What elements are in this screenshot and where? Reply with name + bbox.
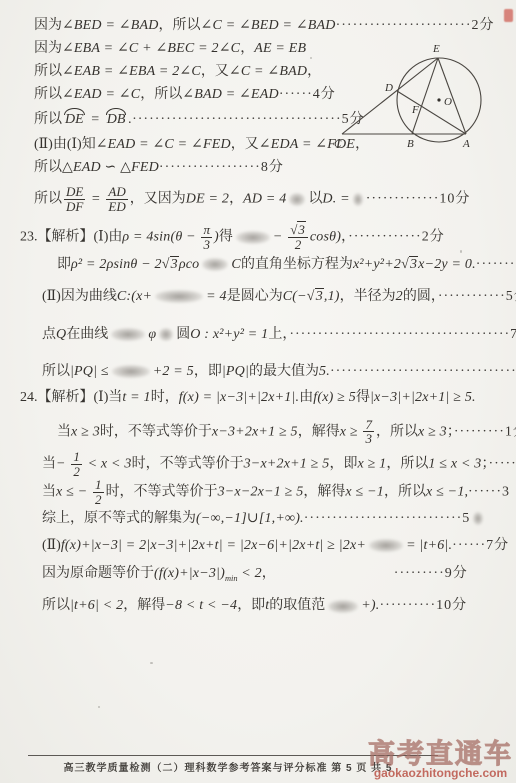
math: |PQ| <box>222 364 249 379</box>
text: ，半径为 <box>340 289 396 304</box>
answer-line: 当x ≥ 3时，不等式等价于x−3+2x+1 ≥ 5，解得x ≥ 73，所以x … <box>57 418 516 446</box>
text: 的圆， <box>403 289 438 304</box>
answer-line: (Ⅱ)f(x)+|x−3| = 2|x−3|+|2x+t| = |2x−6|+|… <box>42 534 516 557</box>
label-E: E <box>432 43 440 55</box>
math: ρco <box>179 257 200 272</box>
math: |PQ| ≤ <box>70 364 109 379</box>
text: 所以 <box>34 64 62 79</box>
score-dots: ·······································7… <box>289 327 516 342</box>
text: ，所以 <box>140 87 182 102</box>
score-dots: ····························5 <box>304 511 471 526</box>
score-dots: ······7分 <box>452 538 509 553</box>
math: ρ = 4sin(θ − <box>122 230 199 245</box>
text: 时，不等式等价于 <box>106 485 218 500</box>
score-dots: ·········1分 <box>454 424 516 439</box>
text: 时， <box>151 390 179 405</box>
text: 所以 <box>34 160 62 175</box>
answer-line: 当− 12 < x < 3时，不等式等价于3−x+2x+1 ≥ 5，即x ≥ 1… <box>42 450 516 478</box>
text: ，又 <box>231 137 259 152</box>
red-stamp-fragment <box>504 9 513 22</box>
text: 上， <box>268 327 289 342</box>
label-B: B <box>407 138 414 150</box>
label-C: C <box>334 138 342 150</box>
circle-figure: E D F O C B A <box>330 38 506 160</box>
text: 24.【解析】(Ⅰ)当 <box>20 390 122 405</box>
answer-line: 点Q在曲线φ圆O : x²+y² = 1上，··················… <box>42 323 516 346</box>
text: ，所以 <box>159 18 201 33</box>
math: 1 ≤ x < 3 <box>428 457 481 472</box>
answer-line: 所以DEDF = ADED，又因为DE = 2，AD = 4以D. =·····… <box>34 185 516 213</box>
math: x²+y²+2 <box>353 257 401 272</box>
smudge <box>155 290 203 303</box>
text: ，即 <box>329 457 357 472</box>
math: x ≥ 3 <box>418 424 447 439</box>
score-dots: ······3 <box>468 485 510 500</box>
smudge <box>159 328 173 341</box>
arc-over: DB <box>107 112 126 127</box>
math: − <box>273 230 286 245</box>
score-dots: ·············10分 <box>366 192 471 207</box>
math: f(x) ≥ 5 <box>313 390 356 405</box>
text: 即 <box>57 257 71 272</box>
fraction: 73 <box>363 418 374 446</box>
math: x ≤ −1 <box>426 485 465 500</box>
text: 所以 <box>42 598 70 613</box>
math: ∠BAD = ∠EAD <box>182 87 279 102</box>
text: ，解得 <box>298 424 340 439</box>
score-dots: ·········2分 <box>489 457 516 472</box>
math: < x < 3 <box>84 457 132 472</box>
text: 由 <box>299 390 313 405</box>
math: < 2 <box>238 566 262 581</box>
math: (−∞,−1]∪[1,+∞). <box>196 511 304 526</box>
math: ρ² = 2ρsinθ − 2 <box>71 257 162 272</box>
fraction: 12 <box>71 450 82 478</box>
line-EA <box>438 58 466 134</box>
label-A: A <box>462 138 470 150</box>
watermark-title: 高考直通车 <box>368 740 513 768</box>
math: ∠EBA = ∠C + ∠BEC = 2∠C <box>62 41 240 56</box>
math: x−3+2x+1 ≥ 5 <box>212 424 298 439</box>
math: x ≥ <box>340 424 362 439</box>
text: 所以 <box>34 192 62 207</box>
fraction: DEDF <box>64 185 85 213</box>
watermark-domain: gaokaozhitongche.com <box>368 767 513 780</box>
text: 在曲线 <box>66 327 108 342</box>
text: 当 <box>42 457 56 472</box>
answer-line: 当x ≤ − 12时，不等式等价于3−x−2x−1 ≥ 5，解得x ≤ −1，所… <box>42 478 516 506</box>
math: Q <box>56 327 66 342</box>
score-dots: ························2分 <box>336 18 495 33</box>
math: C(− <box>283 289 307 304</box>
math: ∠BED = ∠BAD <box>62 18 159 33</box>
sqrt: √3 <box>401 256 418 272</box>
math: x−2y = 0. <box>418 257 476 272</box>
math: ∠EAD = ∠C = ∠FED <box>96 137 231 152</box>
text: ，即 <box>194 364 222 379</box>
fraction: ADED <box>106 185 127 213</box>
math: △EAD ∽ △FED <box>62 160 159 175</box>
text: ， <box>229 192 243 207</box>
sqrt: √3 <box>307 288 324 304</box>
paper-speck <box>310 57 312 59</box>
math: (f(x)+|x−3|) <box>154 566 225 581</box>
math: C:(x+ <box>117 289 152 304</box>
answer-line: 因为∠BED = ∠BAD，所以∠C = ∠BED = ∠BAD········… <box>34 14 516 37</box>
geometry-diagram: E D F O C B A <box>330 38 506 160</box>
text: 时，不等式等价于 <box>132 457 244 472</box>
text: 得 <box>219 230 233 245</box>
text: ，所以 <box>386 457 428 472</box>
math: 3−x−2x−1 ≥ 5 <box>218 485 304 500</box>
math: = <box>87 192 104 207</box>
smudge <box>473 512 483 525</box>
math: −8 < t < −4 <box>165 598 237 613</box>
text: 的最大值为 <box>249 364 319 379</box>
text: ，所以 <box>384 485 426 500</box>
math: +). <box>361 598 379 613</box>
smudge <box>236 231 270 244</box>
math: |x−3|+|2x+1| ≥ 5. <box>370 390 476 405</box>
text: 时，不等式等价于 <box>100 424 212 439</box>
text: ，又 <box>201 64 229 79</box>
smudge <box>112 365 150 378</box>
math: x ≤ −1 <box>345 485 384 500</box>
math: ∠EAD = ∠C <box>62 87 140 102</box>
text: 所以 <box>34 112 62 127</box>
text: ，所以 <box>376 424 418 439</box>
math: x ≥ 1 <box>357 457 386 472</box>
math: = <box>87 112 104 127</box>
text: 圆 <box>176 327 190 342</box>
math: − <box>56 457 69 472</box>
paper-speck <box>460 250 462 253</box>
math: |t+6| < 2 <box>70 598 123 613</box>
math: = |t+6|. <box>406 538 452 553</box>
paper-speck <box>150 662 153 664</box>
math: AD = 4 <box>243 192 286 207</box>
text: 当 <box>42 485 56 500</box>
score-dots: ········································… <box>330 364 516 379</box>
text: 是圆心为 <box>227 289 283 304</box>
math: ∠EAB = ∠EBA = 2∠C <box>62 64 201 79</box>
text: 点 <box>42 327 56 342</box>
fraction-sqrt: √32 <box>288 223 308 251</box>
smudge <box>289 193 305 206</box>
smudge <box>353 193 363 206</box>
score-dots: ······4分 <box>279 87 336 102</box>
text: ； <box>482 457 489 472</box>
text: ，即 <box>237 598 265 613</box>
text: ，解得 <box>303 485 345 500</box>
math: f(x) = |x−3|+|2x+1|. <box>179 390 300 405</box>
math: x ≥ 3 <box>71 424 100 439</box>
text: 23.【解析】(Ⅰ)由 <box>20 230 122 245</box>
math: O : x²+y² = 1 <box>190 327 268 342</box>
math: cosθ) <box>310 230 341 245</box>
line-CE <box>342 58 438 134</box>
text: ， <box>262 566 276 581</box>
math: ∠C = ∠BAD <box>229 64 307 79</box>
text: (Ⅱ)因为曲线 <box>42 289 117 304</box>
score-dots: ·············2分 <box>348 230 445 245</box>
score-dots: ·········9分 <box>394 566 468 581</box>
math: x ≤ − <box>56 485 91 500</box>
line-EB <box>412 58 438 134</box>
score-dots: ··········10分 <box>380 598 468 613</box>
subscript: min <box>225 573 238 582</box>
text: (Ⅱ)由(Ⅰ)知 <box>34 137 96 152</box>
text: 综上，原不等式的解集为 <box>42 511 196 526</box>
text: ； <box>447 424 454 439</box>
fraction: 12 <box>93 478 104 506</box>
fraction: π3 <box>201 223 212 251</box>
score-dots: ··················8分 <box>159 160 284 175</box>
math: t = 1 <box>122 390 150 405</box>
arc-over: DE <box>65 112 84 127</box>
text: 的直角坐标方程为 <box>241 257 353 272</box>
text: (Ⅱ) <box>42 538 61 553</box>
scanned-exam-page: { "page": { "footer": "高三教学质量检测（二）理科数学参考… <box>0 0 516 783</box>
score-dots: ·········4分 <box>476 257 516 272</box>
text: 因为 <box>34 18 62 33</box>
text: ，又因为 <box>130 192 186 207</box>
math: ,1) <box>324 289 340 304</box>
answer-line: 所以|PQ| ≤+2 = 5，即|PQ|的最大值为5.·············… <box>42 360 516 383</box>
text: ， <box>307 64 321 79</box>
text: 因为原命题等价于 <box>42 566 154 581</box>
text: 以 <box>308 192 322 207</box>
label-O: O <box>444 96 452 108</box>
center-dot <box>437 98 440 101</box>
text: 所以 <box>34 87 62 102</box>
smudge <box>111 328 145 341</box>
math: DE = 2 <box>186 192 229 207</box>
text: 的取值范 <box>269 598 325 613</box>
answer-line: 23.【解析】(Ⅰ)由ρ = 4sin(θ − π3)得− √32cosθ)，·… <box>20 223 516 251</box>
math: φ <box>148 327 156 342</box>
answer-line: 因为原命题等价于(f(x)+|x−3|)min < 2，·········9分 <box>42 562 516 590</box>
math: D. = <box>322 192 349 207</box>
math: ∠C = ∠BED = ∠BAD <box>201 18 336 33</box>
math: f(x)+|x−3| = 2|x−3|+|2x+t| = |2x−6|+|2x+… <box>61 538 366 553</box>
label-D: D <box>384 82 393 94</box>
answer-line: 即ρ² = 2ρsinθ − 2√3ρcoC的直角坐标方程为x²+y²+2√3x… <box>57 253 516 276</box>
math: +2 = 5 <box>153 364 194 379</box>
text: 当 <box>57 424 71 439</box>
answer-line: (Ⅱ)因为曲线C:(x+= 4是圆心为C(−√3,1)，半径为2的圆，·····… <box>42 285 516 308</box>
text: 得 <box>356 390 370 405</box>
text: ，解得 <box>123 598 165 613</box>
smudge <box>328 600 358 613</box>
text: 因为 <box>34 41 62 56</box>
label-F: F <box>411 104 419 116</box>
math: = 4 <box>206 289 227 304</box>
text: 所以 <box>42 364 70 379</box>
answer-line: 24.【解析】(Ⅰ)当t = 1时，f(x) = |x−3|+|2x+1|.由f… <box>20 386 516 409</box>
math: AE = EB <box>254 41 306 56</box>
score-dots: ············5分 <box>438 289 516 304</box>
sqrt: √3 <box>162 256 179 272</box>
answer-line: 所以|t+6| < 2，解得−8 < t < −4，即t的取值范+).·····… <box>42 594 516 617</box>
text: ， <box>240 41 254 56</box>
math: 3−x+2x+1 ≥ 5 <box>244 457 330 472</box>
smudge <box>369 539 403 552</box>
watermark: 高考直通车 gaokaozhitongche.com <box>368 740 513 780</box>
smudge <box>202 258 228 271</box>
answer-line: 综上，原不等式的解集为(−∞,−1]∪[1,+∞).··············… <box>42 507 516 530</box>
math: 2 <box>396 289 403 304</box>
paper-speck <box>98 706 100 708</box>
math: C <box>231 257 241 272</box>
math: 5. <box>319 364 330 379</box>
